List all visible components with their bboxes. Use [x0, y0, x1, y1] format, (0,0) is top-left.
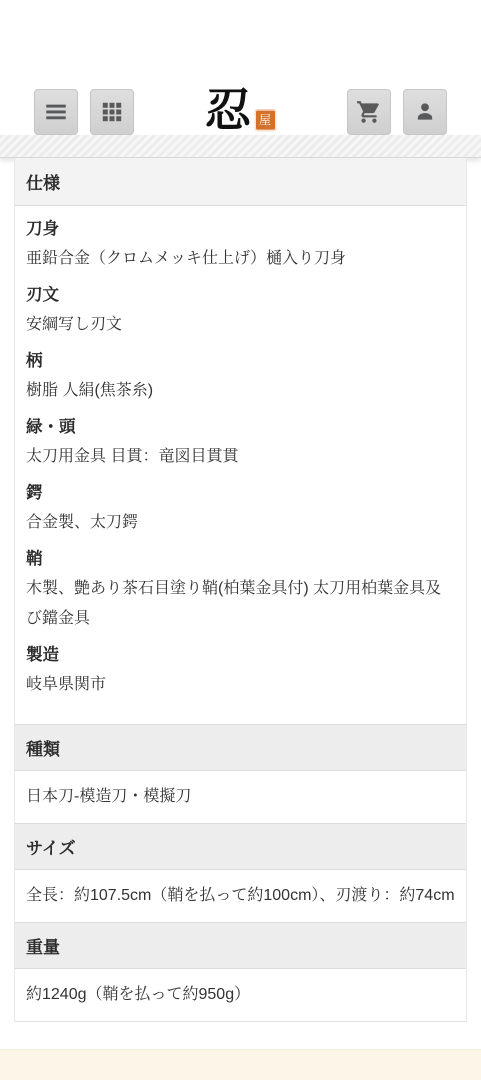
- spec-value: 樹脂 人絹(焦茶糸): [26, 376, 455, 406]
- header-texture-band: [0, 135, 481, 158]
- page: 忍 屋: [0, 0, 481, 1080]
- spec-label: 鍔: [26, 478, 455, 508]
- spec-value: 太刀用金具 目貫：竜図目貫貫: [26, 442, 455, 472]
- section-header-size: サイズ: [15, 823, 466, 870]
- header-right-buttons: [347, 89, 447, 135]
- cart-icon: [356, 99, 382, 125]
- spec-label: 刀身: [26, 214, 455, 244]
- user-icon: [412, 99, 438, 125]
- spec-label: 刃文: [26, 280, 455, 310]
- spec-detail-hamon: 刃文 安綱写し刃文: [26, 280, 455, 340]
- cart-button[interactable]: [347, 89, 391, 135]
- spec-label: 製造: [26, 640, 455, 670]
- spec-value: 合金製、太刀鍔: [26, 508, 455, 538]
- spec-detail-saya: 鞘 木製、艶あり茶石目塗り鞘(柏葉金具付) 太刀用柏葉金具及び鐺金具: [26, 544, 455, 634]
- spec-label: 緑・頭: [26, 412, 455, 442]
- spec-detail-manufacture: 製造 岐阜県関市: [26, 640, 455, 700]
- logo-seal: 屋: [254, 109, 276, 131]
- logo-link[interactable]: 忍 屋: [205, 87, 276, 133]
- spec-value: 木製、艶あり茶石目塗り鞘(柏葉金具付) 太刀用柏葉金具及び鐺金具: [26, 574, 455, 634]
- section-header-type: 種類: [15, 724, 466, 771]
- spec-value: 安綱写し刃文: [26, 310, 455, 340]
- spec-detail-list: 刀身 亜鉛合金（クロムメッキ仕上げ）樋入り刀身 刃文 安綱写し刃文 柄 樹脂 人…: [15, 206, 466, 724]
- menu-button[interactable]: [34, 89, 78, 135]
- status-bar-space: [0, 0, 481, 88]
- grid-icon: [99, 99, 125, 125]
- spec-detail-tsuba: 鍔 合金製、太刀鍔: [26, 478, 455, 538]
- account-button[interactable]: [403, 89, 447, 135]
- spec-value: 亜鉛合金（クロムメッキ仕上げ）樋入り刀身: [26, 244, 455, 274]
- categories-button[interactable]: [90, 89, 134, 135]
- hamburger-icon: [43, 99, 69, 125]
- header-left-buttons: [34, 89, 134, 135]
- section-value-type: 日本刀-模造刀・模擬刀: [15, 771, 466, 823]
- spec-value: 岐阜県関市: [26, 670, 455, 700]
- spec-label: 柄: [26, 346, 455, 376]
- section-header-weight: 重量: [15, 922, 466, 969]
- section-value-size: 全長：約107.5cm（鞘を払って約100cm）、刃渡り：約74cm: [15, 870, 466, 922]
- spec-label: 鞘: [26, 544, 455, 574]
- header: 忍 屋: [0, 88, 481, 135]
- logo-kanji: 忍: [205, 87, 251, 133]
- spec-detail-blade: 刀身 亜鉛合金（クロムメッキ仕上げ）樋入り刀身: [26, 214, 455, 274]
- spec-detail-handle: 柄 樹脂 人絹(焦茶糸): [26, 346, 455, 406]
- spec-table-title: 仕様: [15, 158, 466, 206]
- section-value-weight: 約1240g（鞘を払って約950g）: [15, 969, 466, 1021]
- footer-band: [0, 1049, 481, 1080]
- spec-card: 仕様 刀身 亜鉛合金（クロムメッキ仕上げ）樋入り刀身 刃文 安綱写し刃文 柄 樹…: [14, 158, 467, 1022]
- spec-detail-fittings: 緑・頭 太刀用金具 目貫：竜図目貫貫: [26, 412, 455, 472]
